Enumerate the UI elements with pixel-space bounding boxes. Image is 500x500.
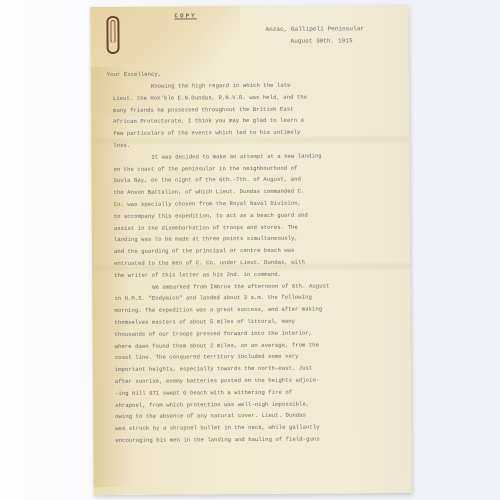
- letter-date: August 30th. 1915: [291, 35, 353, 47]
- letter-page: COPY Anzac, Gallipoli Peninsular August …: [90, 5, 411, 495]
- letter-salutation: Your Excellency,: [107, 69, 162, 81]
- letter-body: Knowing the high regard in which the lat…: [113, 79, 406, 447]
- letter-line: encouraging his men in the landing and h…: [115, 433, 405, 447]
- letter-text: COPY Anzac, Gallipoli Peninsular August …: [90, 5, 411, 495]
- document-heading: COPY: [174, 10, 196, 22]
- letter-place: Anzac, Gallipoli Peninsular: [265, 23, 364, 35]
